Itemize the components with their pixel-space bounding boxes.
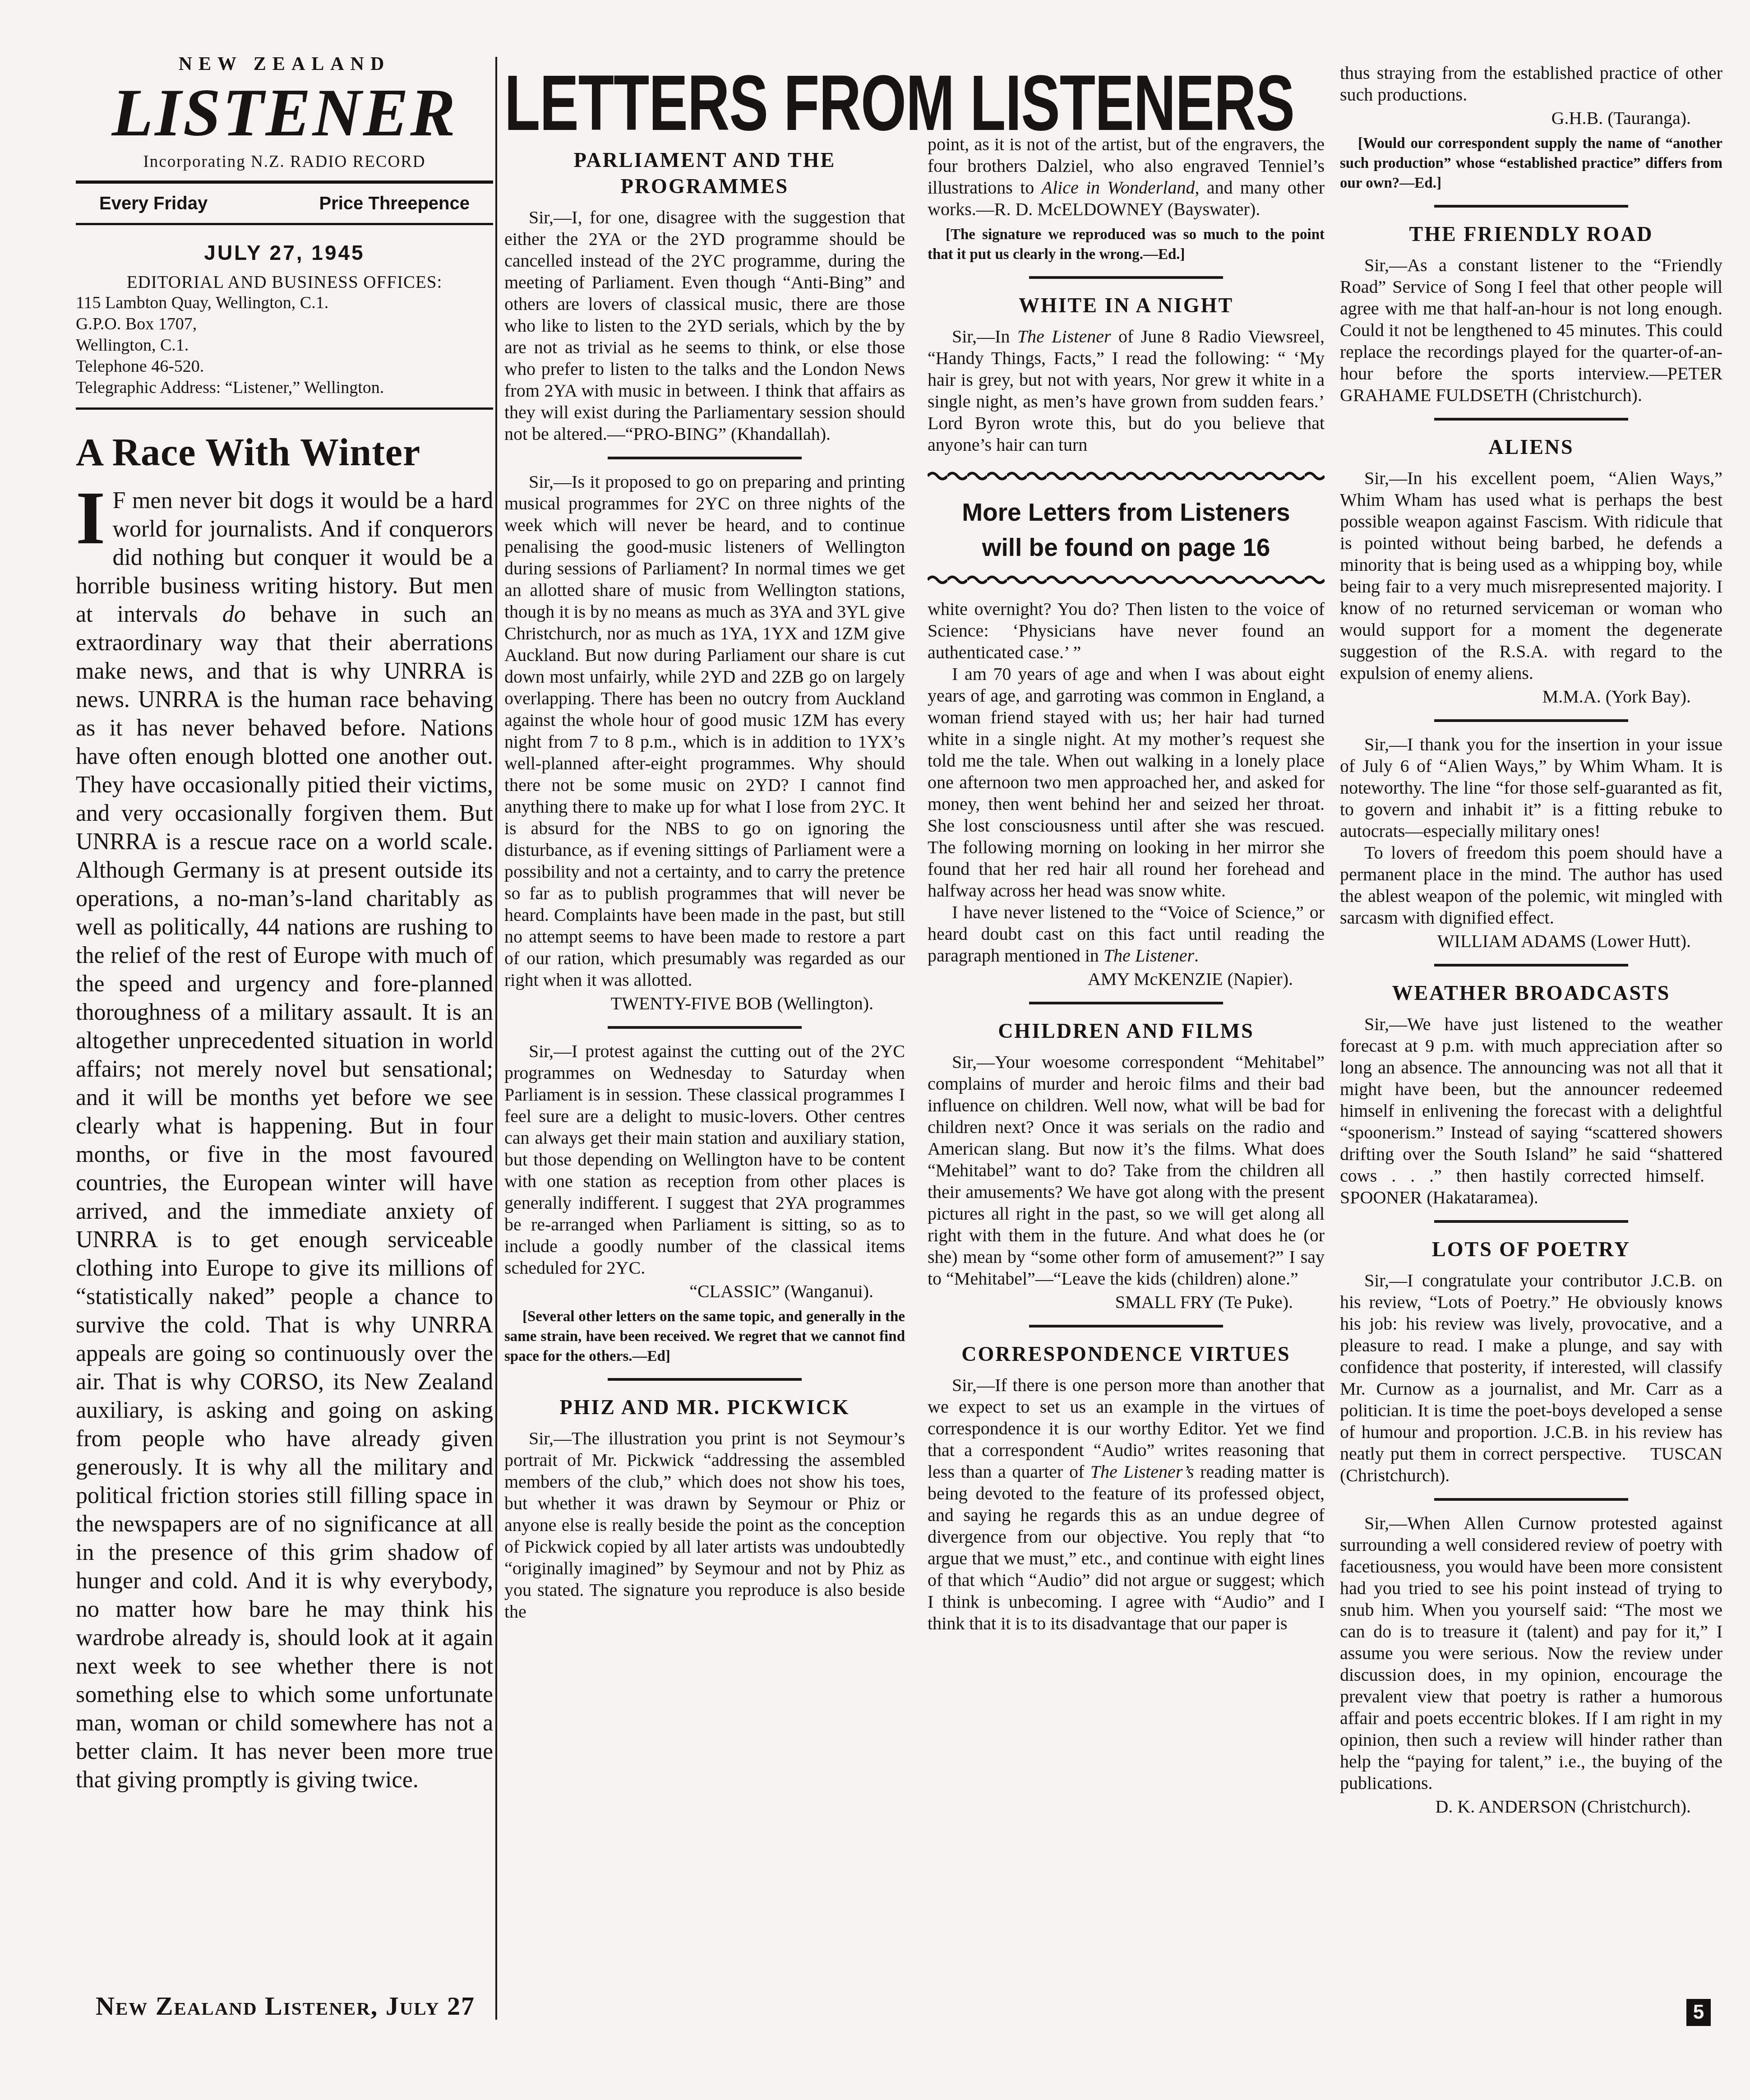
letter-paragraph: point, as it is not of the artist, but o… [928, 134, 1325, 220]
offices-label: EDITORIAL AND BUSINESS OFFICES: [76, 272, 493, 292]
letter-heading: CORRESPONDENCE VIRTUES [946, 1341, 1307, 1367]
letter-heading: CHILDREN AND FILMS [946, 1018, 1307, 1044]
masthead-price: Price Threepence [319, 194, 470, 214]
page-number: 5 [1686, 1999, 1711, 2026]
letter-paragraph: Sir,—I thank you for the insertion in yo… [1340, 734, 1722, 842]
letter-heading: LOTS OF POETRY [1358, 1236, 1704, 1263]
masthead-title: LISTENER [76, 79, 493, 148]
letter-paragraph: Sir,—Is it proposed to go on preparing a… [504, 471, 905, 991]
letters-column-1: PARLIAMENT AND THE PROGRAMMESSir,—I, for… [504, 134, 905, 2051]
editor-note: [Several other letters on the same topic… [504, 1307, 905, 1366]
letter-signature: WILLIAM ADAMS (Lower Hutt). [1340, 930, 1691, 952]
editorial-title: A Race With Winter [76, 430, 493, 475]
section-divider [1029, 1002, 1223, 1004]
address-line: G.P.O. Box 1707, [76, 314, 493, 335]
column-divider-rule [495, 57, 497, 2020]
letter-paragraph: Sir,—The illustration you print is not S… [504, 1428, 905, 1623]
letter-paragraph: white overnight? You do? Then listen to … [928, 598, 1325, 663]
letter-heading: PARLIAMENT AND THE PROGRAMMES [522, 147, 887, 199]
letter-heading: WHITE IN A NIGHT [946, 292, 1307, 319]
section-divider [1434, 719, 1628, 722]
section-divider [1434, 418, 1628, 421]
section-divider [1434, 1220, 1628, 1223]
section-divider [608, 1026, 802, 1029]
letter-paragraph: Sir,—As a constant listener to the “Frie… [1340, 254, 1722, 406]
address-line: Telephone 46-520. [76, 356, 493, 377]
letter-heading: THE FRIENDLY ROAD [1358, 221, 1704, 247]
letter-paragraph: I am 70 years of age and when I was abou… [928, 663, 1325, 902]
more-letters-box: More Letters from Listenerswill be found… [928, 471, 1325, 585]
letter-paragraph: Sir,—Your woesome correspondent “Mehitab… [928, 1051, 1325, 1290]
address-line: 115 Lambton Quay, Wellington, C.1. [76, 292, 493, 314]
masthead-frequency: Every Friday [99, 194, 208, 214]
more-letters-inner: More Letters from Listenerswill be found… [928, 481, 1325, 575]
wavy-rule-icon [928, 471, 1325, 481]
section-divider [1029, 276, 1223, 279]
masthead-over-title: NEW ZEALAND [76, 53, 493, 75]
letter-paragraph: Sir,—In his excellent poem, “Alien Ways,… [1340, 467, 1722, 684]
letter-paragraph: To lovers of freedom this poem should ha… [1340, 842, 1722, 929]
masthead-rule [76, 223, 493, 225]
letter-paragraph: Sir,—I protest against the cutting out o… [504, 1041, 905, 1279]
page-title: LETTERS FROM LISTENERS [504, 58, 1324, 123]
letter-paragraph: Sir,—I, for one, disagree with the sugge… [504, 207, 905, 445]
letter-paragraph: Sir,—When Allen Curnow protested against… [1340, 1513, 1722, 1794]
letter-signature: M.M.A. (York Bay). [1340, 686, 1691, 708]
wavy-rule-icon [928, 575, 1325, 585]
letter-paragraph: Sir,—I congratulate your contributor J.C… [1340, 1270, 1722, 1486]
letter-paragraph: thus straying from the established pract… [1340, 62, 1722, 106]
more-letters-text: More Letters from Listeners [928, 495, 1325, 530]
section-divider [1029, 1325, 1223, 1328]
letter-signature: AMY McKENZIE (Napier). [928, 968, 1293, 990]
letters-column-3: thus straying from the established pract… [1340, 62, 1722, 2048]
offices-address: 115 Lambton Quay, Wellington, C.1.G.P.O.… [76, 292, 493, 398]
editor-note: [Would our correspondent supply the name… [1340, 134, 1722, 193]
masthead-editorial-column: NEW ZEALAND LISTENER Incorporating N.Z. … [76, 53, 493, 1966]
issue-date: JULY 27, 1945 [76, 241, 493, 265]
section-divider [1434, 1498, 1628, 1501]
letters-column-2: point, as it is not of the artist, but o… [928, 134, 1325, 2051]
letter-signature: D. K. ANDERSON (Christchurch). [1340, 1796, 1691, 1818]
masthead-subtitle: Incorporating N.Z. RADIO RECORD [76, 152, 493, 171]
letter-paragraph: I have never listened to the “Voice of S… [928, 902, 1325, 967]
section-divider [608, 457, 802, 459]
section-divider [1434, 964, 1628, 967]
more-letters-text: will be found on page 16 [928, 530, 1325, 565]
masthead-rule [76, 180, 493, 184]
letter-heading: PHIZ AND MR. PICKWICK [522, 1394, 887, 1420]
editorial-body: IF men never bit dogs it would be a hard… [76, 486, 493, 1794]
newspaper-page: LETTERS FROM LISTENERS NEW ZEALAND LISTE… [0, 0, 1750, 2100]
address-line: Telegraphic Address: “Listener,” Welling… [76, 377, 493, 398]
letter-paragraph: Sir,—In The Listener of June 8 Radio Vie… [928, 326, 1325, 456]
letter-heading: WEATHER BROADCASTS [1358, 980, 1704, 1006]
footer-title: New Zealand Listener, July 27 [96, 1991, 475, 2021]
masthead-tag-row: Every Friday Price Threepence [76, 194, 493, 214]
letter-signature: “CLASSIC” (Wanganui). [504, 1281, 873, 1302]
masthead-rule [76, 407, 493, 410]
letter-signature: SMALL FRY (Te Puke). [928, 1291, 1293, 1313]
section-divider [608, 1378, 802, 1381]
address-line: Wellington, C.1. [76, 335, 493, 356]
letter-paragraph: Sir,—If there is one person more than an… [928, 1374, 1325, 1634]
section-divider [1434, 205, 1628, 208]
letter-signature: G.H.B. (Tauranga). [1340, 107, 1691, 129]
letter-paragraph: Sir,—We have just listened to the weathe… [1340, 1013, 1722, 1208]
letter-heading: ALIENS [1358, 434, 1704, 460]
editor-note: [The signature we reproduced was so much… [928, 225, 1325, 264]
letter-signature: TWENTY-FIVE BOB (Wellington). [504, 993, 873, 1014]
